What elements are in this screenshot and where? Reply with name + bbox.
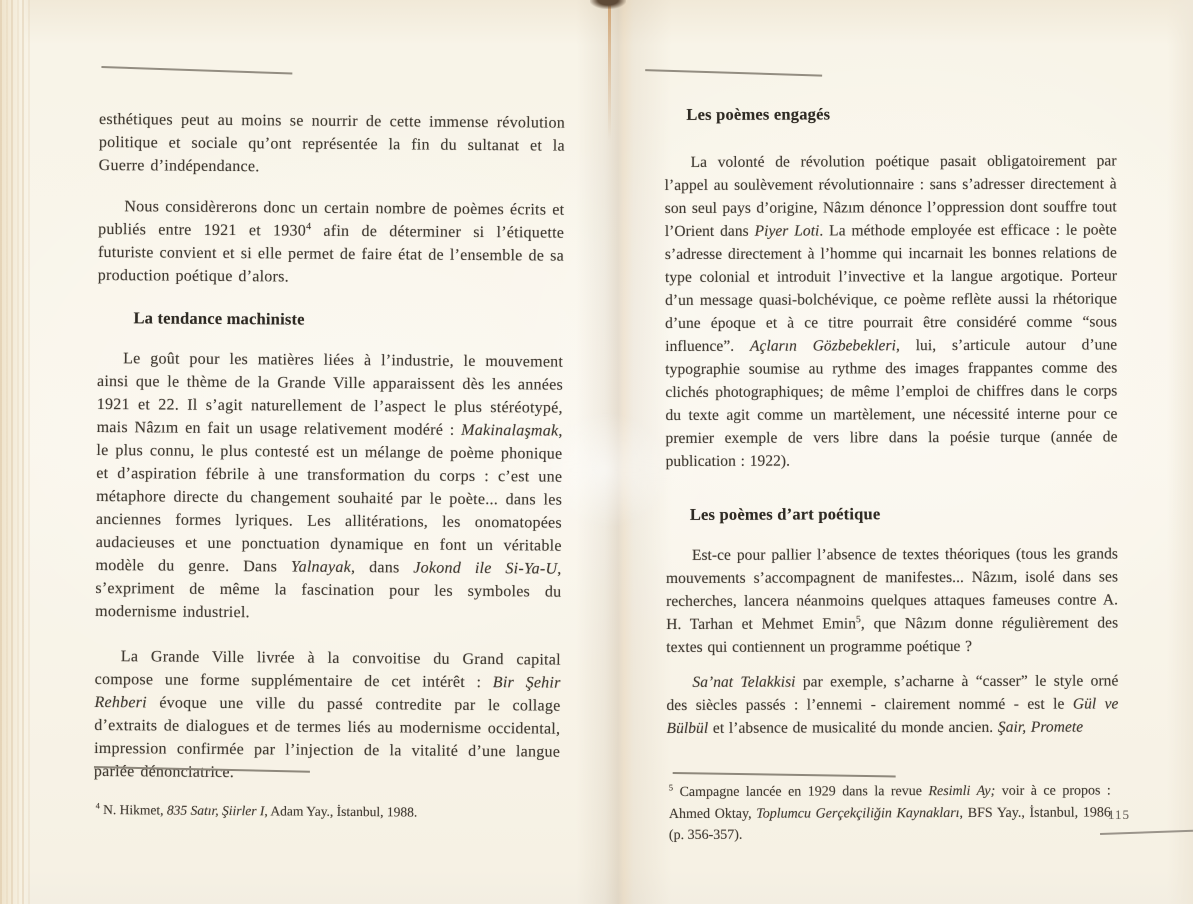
section-heading-les-poemes-d-art-poetique: Les poèmes d’art poétique bbox=[666, 503, 1118, 525]
paragraph-continuation: esthétiques peut au moins se nourrir de … bbox=[99, 108, 566, 181]
paragraph: La Grande Ville livrée à la convoitise d… bbox=[94, 645, 561, 787]
gutter-crease-line bbox=[608, 0, 611, 140]
gutter-top-mark bbox=[590, 0, 626, 9]
paragraph: Nous considèrerons donc un certain nombr… bbox=[98, 195, 565, 291]
paragraph: Sa’nat Telakkisi par exemple, s’acharne … bbox=[666, 669, 1118, 740]
section-heading-la-tendance-machiniste: La tendance machiniste bbox=[97, 308, 563, 332]
footnote-rule bbox=[673, 772, 896, 777]
top-divider-rule bbox=[645, 69, 822, 76]
paragraph: Est-ce pour pallier l’absence de textes … bbox=[666, 542, 1118, 659]
right-edge-shading bbox=[1167, 0, 1193, 904]
paragraph: Le goût pour les matières liées à l’indu… bbox=[95, 347, 563, 627]
section-heading-les-poemes-engages: Les poèmes engagés bbox=[664, 103, 1116, 125]
footnote-4: 4 N. Hikmet, 835 Satır, Şiirler I, Adam … bbox=[96, 800, 542, 824]
page-right: Les poèmes engagés La volonté de révolut… bbox=[664, 0, 1119, 740]
page-number: 115 bbox=[1108, 807, 1148, 823]
book-scan-spread: esthétiques peut au moins se nourrir de … bbox=[0, 0, 1193, 904]
top-divider-rule bbox=[101, 66, 292, 74]
page-edge-texture bbox=[0, 0, 30, 904]
page-left: esthétiques peut au moins se nourrir de … bbox=[94, 0, 566, 787]
paragraph: La volonté de révolution poétique pasait… bbox=[665, 149, 1118, 473]
footnote-5: 5 Campagne lancée en 1929 dans la revue … bbox=[669, 780, 1111, 846]
